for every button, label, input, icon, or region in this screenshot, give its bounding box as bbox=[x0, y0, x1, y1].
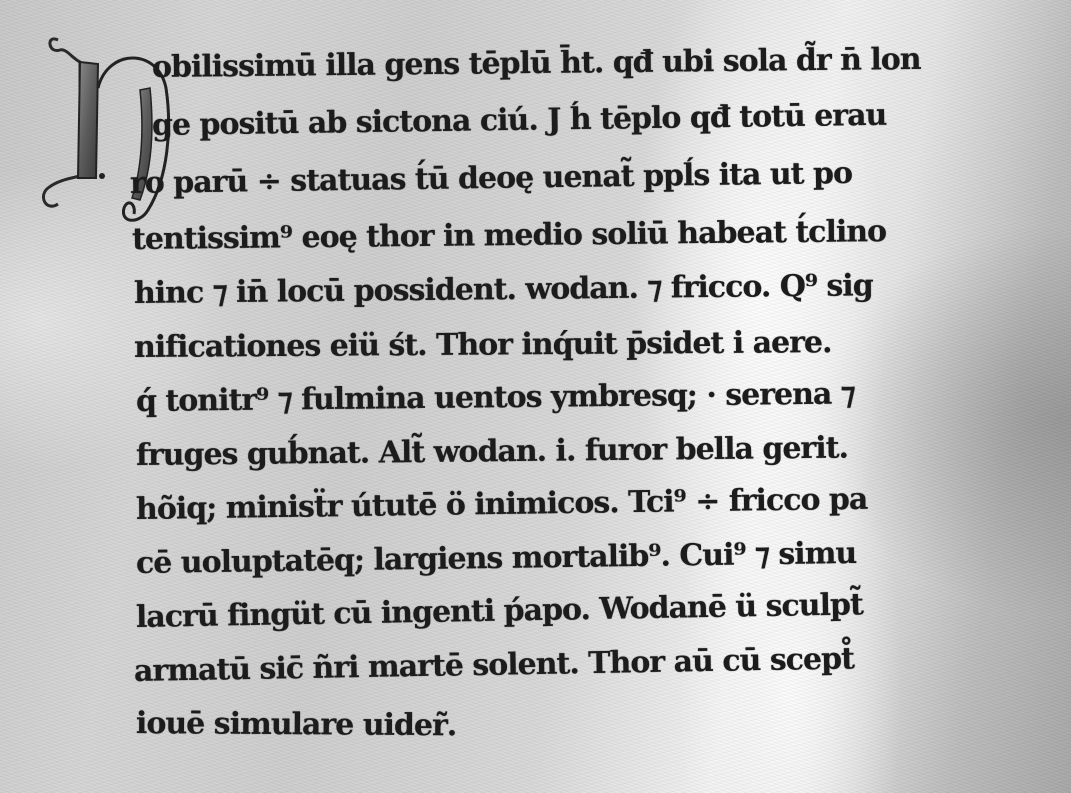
manuscript-line: ge positū ab sictona ciú. J h́ tēplo … bbox=[152, 98, 887, 143]
manuscript-line: hõiq; minisẗr útutē ö inimicos. Tci… bbox=[136, 482, 868, 527]
manuscript-line: iouē simulare uider̃. bbox=[136, 706, 457, 743]
manuscript-line: ro parū ÷ statuas t́ū deoę uenat̃ ppĺ… bbox=[130, 156, 852, 201]
manuscript-line: tentissim⁹ eoę thor in medio soliū habe… bbox=[132, 214, 886, 257]
manuscript-line: q́ tonitr⁹ ⁊ fulmina uentos ymbresq; · s… bbox=[136, 376, 855, 419]
manuscript-line: nificationes eiü śt. Thor inq́uit p̄si… bbox=[134, 325, 832, 365]
manuscript-line: hinc ⁊ in̄ locū possident. wodan. ⁊ fri… bbox=[134, 268, 873, 311]
manuscript-line: cē uoluptatēq; largiens mortalib⁹. Cui… bbox=[136, 536, 857, 581]
manuscript-page: obilissimū illa gens tēplū h̄t. qđ ub… bbox=[0, 0, 1071, 793]
manuscript-line: fruges gub́nat. Alt̃ wodan. i. furor bel… bbox=[136, 431, 848, 473]
manuscript-line: obilissimū illa gens tēplū h̄t. qđ ub… bbox=[152, 42, 921, 85]
manuscript-line: lacrū fingüt cū ingenti ṕapo. Wodane… bbox=[136, 587, 863, 635]
manuscript-line: armatū sic̄ ñri martē solent. Thor au… bbox=[134, 641, 855, 689]
